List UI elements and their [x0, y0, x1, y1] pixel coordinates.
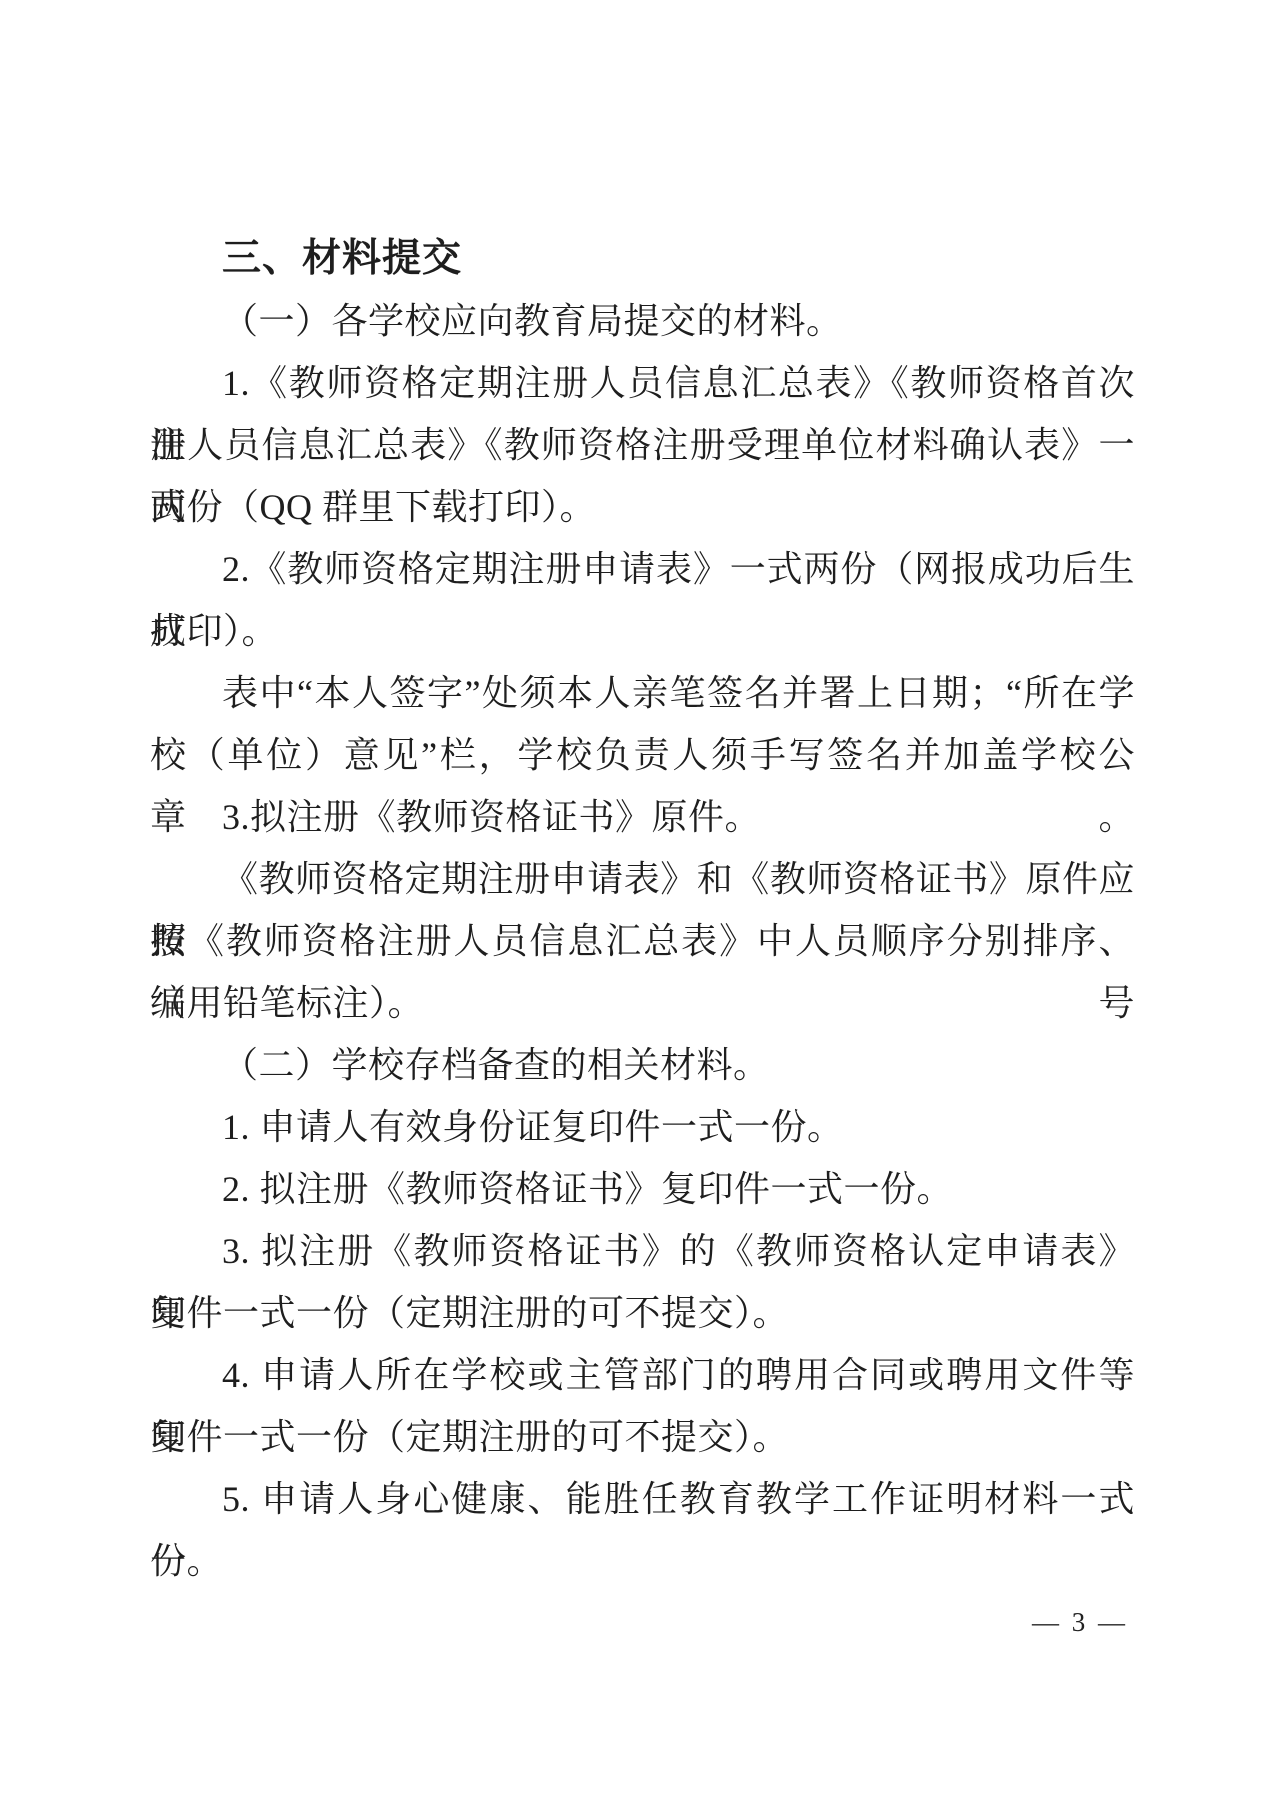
doc-line: 表中“本人签字”处须本人亲笔签名并署上日期；“所在学	[150, 662, 1135, 724]
doc-line: 校（单位）意见”栏，学校负责人须手写签名并加盖学校公章。	[150, 724, 1135, 786]
doc-line: 打印）。	[150, 600, 1135, 662]
doc-line: 3. 拟注册《教师资格证书》的《教师资格认定申请表》复	[150, 1220, 1135, 1282]
section-2-heading: （二）学校存档备查的相关材料。	[150, 1034, 1135, 1096]
document-page: 三、材料提交 （一）各学校应向教育局提交的材料。 1.《教师资格定期注册人员信息…	[0, 0, 1280, 1810]
doc-line: 1. 申请人有效身份证复印件一式一份。	[150, 1096, 1135, 1158]
doc-line: 2.《教师资格定期注册申请表》一式两份（网报成功后生成	[150, 538, 1135, 600]
page-number: — 3 —	[1032, 1602, 1128, 1642]
doc-line: 册人员信息汇总表》《教师资格注册受理单位材料确认表》一式	[150, 414, 1135, 476]
doc-line: 照《教师资格注册人员信息汇总表》中人员顺序分别排序、编号	[150, 910, 1135, 972]
section-1-heading: （一）各学校应向教育局提交的材料。	[150, 290, 1135, 352]
doc-line: 份。	[150, 1530, 1135, 1592]
doc-heading-materials-submission: 三、材料提交	[150, 228, 1135, 290]
doc-line: 4. 申请人所在学校或主管部门的聘用合同或聘用文件等复	[150, 1344, 1135, 1406]
doc-line: 印件一式一份（定期注册的可不提交）。	[150, 1406, 1135, 1468]
doc-line: 《教师资格定期注册申请表》和《教师资格证书》原件应按	[150, 848, 1135, 910]
doc-line: 1.《教师资格定期注册人员信息汇总表》《教师资格首次注	[150, 352, 1135, 414]
doc-line: 2. 拟注册《教师资格证书》复印件一式一份。	[150, 1158, 1135, 1220]
document-text-block: 三、材料提交 （一）各学校应向教育局提交的材料。 1.《教师资格定期注册人员信息…	[150, 228, 1135, 1592]
doc-line: 两份（QQ 群里下载打印）。	[150, 476, 1135, 538]
doc-line: 5. 申请人身心健康、能胜任教育教学工作证明材料一式一	[150, 1468, 1135, 1530]
doc-line: 印件一式一份（定期注册的可不提交）。	[150, 1282, 1135, 1344]
